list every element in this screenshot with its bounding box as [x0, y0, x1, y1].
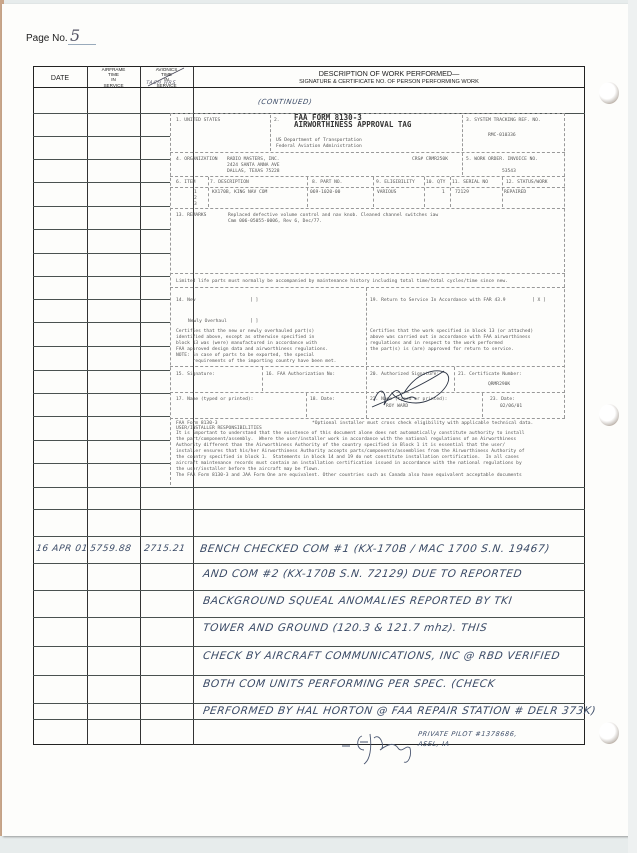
- row-line: [33, 159, 170, 160]
- form-subtitle: AIRWORTHINESS APPROVAL TAG: [294, 121, 411, 129]
- block16-label: 16. FAA Authorization No:: [266, 372, 335, 378]
- limited-life-note: Limited life parts must normally be acco…: [176, 279, 508, 285]
- block3-label: 3. SYSTEM TRACKING REF. NO.: [466, 118, 541, 124]
- col-divider-airframe: [140, 66, 141, 745]
- form-divider: [462, 153, 463, 175]
- row-line: [33, 136, 170, 137]
- form-divider: [307, 177, 308, 207]
- footer-optional-note: *Optional installer must cross check eli…: [312, 421, 533, 427]
- block17-label: 17. Name (typed or printed):: [176, 397, 253, 403]
- form-border-right: [564, 113, 565, 418]
- entry-line-6: BOTH COM UNITS PERFORMING PER SPEC. (CHE…: [202, 678, 496, 690]
- crs-number: CRS# CRMR250K: [412, 157, 448, 163]
- entry-avionics-time: 2715.21: [143, 544, 186, 554]
- block23-label: 23. Date:: [490, 397, 515, 403]
- block19-label: 19. Return to Service In Accordance with…: [370, 298, 506, 304]
- row-line: [33, 416, 170, 417]
- entry-line-7: PERFORMED BY HAL HORTON @ FAA REPAIR STA…: [202, 705, 597, 717]
- entry-date: 16 APR 01: [35, 544, 88, 554]
- col-divider-date: [87, 66, 88, 745]
- row-line: [33, 322, 170, 323]
- item-part-no: 069-1020-00: [310, 190, 340, 196]
- col-part-no: 8. PART NO.: [312, 180, 342, 186]
- row-line: [33, 346, 170, 347]
- header-date: DATE: [33, 70, 87, 87]
- col-item: 6. ITEM: [176, 180, 195, 186]
- row-line: [33, 253, 170, 254]
- page-number-label: Page No.: [26, 33, 68, 44]
- form-divider: [270, 115, 271, 151]
- form-divider: [170, 187, 565, 188]
- row-line: [33, 182, 170, 183]
- page-number-value: 5: [70, 26, 80, 45]
- row-line: [33, 276, 170, 277]
- form-divider: [208, 177, 209, 207]
- entry-line-5: CHECK BY AIRCRAFT COMMUNICATIONS, INC @ …: [202, 650, 561, 662]
- page-number-underline: [68, 44, 96, 45]
- form-divider: [502, 177, 503, 207]
- block14-cert-text: Certifies that the new or newly overhaul…: [176, 329, 336, 365]
- form-divider: [170, 273, 565, 274]
- col-status: 12. STATUS/WORK: [506, 180, 548, 186]
- item-eligibility: VARIOUS: [377, 190, 396, 196]
- new-checkbox: [ ]: [250, 298, 258, 304]
- row-line: [33, 563, 585, 564]
- remarks-line2: Cmm 006-05055-0006, Rev 6, Dec/77.: [228, 219, 322, 225]
- binder-hole-top: [599, 82, 619, 104]
- pilot-certificate-line1: PRIVATE PILOT #1378686,: [417, 730, 517, 738]
- footer-responsibilities: It is important to understand that the e…: [176, 431, 524, 479]
- entry-line-3: BACKGROUND SQUEAL ANOMALIES REPORTED BY …: [202, 595, 513, 607]
- row-line: [33, 487, 585, 488]
- entry-line-2: AND COM #2 (KX-170B S.N. 72129) DUE TO R…: [202, 568, 523, 580]
- form-divider: [424, 177, 425, 207]
- checkbox-mark: X: [538, 298, 541, 303]
- row-line: [33, 393, 170, 394]
- entry-line-1: BENCH CHECKED COM #1 (KX-170B / MAC 1700…: [199, 543, 551, 555]
- item-status: REPAIRED: [504, 190, 526, 196]
- block1-country: 1. UNITED STATES: [176, 118, 220, 124]
- block5-label: 5. WORK ORDER. INVOICE NO.: [466, 157, 538, 163]
- form-divider: [306, 393, 307, 417]
- return-to-service-checkbox: [ X ]: [532, 298, 546, 304]
- org-address2: DALLAS, TEXAS 75228: [227, 169, 280, 175]
- form-divider: [170, 418, 565, 419]
- row-line: [33, 206, 170, 207]
- row-line: [33, 617, 585, 618]
- row-line: [33, 463, 170, 464]
- header-description-title: DESCRIPTION OF WORK PERFORMED—: [193, 69, 585, 78]
- dept-line2: Federal Aviation Administration: [276, 144, 362, 150]
- form-divider: [170, 287, 565, 288]
- form-divider: [462, 115, 463, 151]
- row-line: [33, 229, 170, 230]
- block13-label: 13. REMARKS: [176, 213, 206, 219]
- row-line: [33, 536, 585, 537]
- cert-line: requirements of the importing country ha…: [176, 359, 336, 365]
- pilot-certificate-line2: ASEL, IA: [417, 740, 450, 748]
- form-divider: [262, 367, 263, 391]
- form-divider: [170, 208, 565, 209]
- form-divider: [170, 152, 565, 153]
- avionics-tach-note: TACH HRS: [146, 80, 177, 86]
- item-serial: 72129: [455, 190, 469, 196]
- row-line: [33, 646, 585, 647]
- col-qty: 10. QTY: [426, 180, 445, 186]
- header-airframe-time: AIRFRAME TIME IN SERVICE: [87, 67, 140, 88]
- binder-hole-middle: [599, 404, 619, 426]
- cert-line: the part(s) is (are) approved for return…: [370, 347, 533, 353]
- continued-note: (CONTINUED): [257, 98, 312, 106]
- row-line: [33, 719, 585, 720]
- row-line: [33, 299, 170, 300]
- scanner-margin: [628, 0, 637, 853]
- form-divider: [170, 176, 565, 177]
- form-divider: [373, 177, 374, 207]
- item-description: KX170B, KING NAV COM: [212, 190, 267, 196]
- form-border-left: [170, 113, 171, 485]
- block14-label: 14. New: [176, 298, 195, 304]
- row-line: [33, 675, 585, 676]
- item-qty: 1: [442, 190, 445, 196]
- row-line: [33, 509, 585, 510]
- row-line: [33, 440, 170, 441]
- block3-value: RMC-010336: [488, 133, 516, 139]
- binder-hole-bottom: [599, 722, 619, 744]
- header-description-subtitle: SIGNATURE & CERTIFICATE NO. OF PERSON PE…: [193, 78, 585, 87]
- row-line: [33, 590, 585, 591]
- faa-form-8130-3: 1. UNITED STATES 2. FAA FORM 8130-3 AIRW…: [170, 113, 565, 485]
- authorized-signature-scribble: [366, 363, 456, 413]
- entry-line-4: TOWER AND GROUND (120.3 & 121.7 mhz). TH…: [202, 622, 488, 634]
- block2-number: 2.: [274, 118, 280, 124]
- block5-value: 53543: [502, 169, 516, 175]
- col-eligibility: 9. ELIGIBILITY: [376, 180, 415, 186]
- block21-label: 21. Certificate Number:: [458, 372, 522, 378]
- header-bottom-line: [33, 87, 585, 88]
- overhaul-checkbox: [ ]: [250, 319, 258, 325]
- block15-label: 15. Signature:: [176, 372, 215, 378]
- form-divider: [366, 288, 367, 365]
- col-serial: 11. SERIAL NO: [452, 180, 488, 186]
- block18-label: 18. Date:: [310, 397, 335, 403]
- block23-value: 02/06/01: [500, 404, 522, 410]
- form-divider: [450, 177, 451, 207]
- newly-overhaul-label: Newly Overhaul: [188, 319, 227, 325]
- block21-value: QRMR290K: [488, 382, 510, 388]
- block4-label: 4. ORGANIZATION: [176, 157, 218, 163]
- block19-cert-text: Certifies that the work specified in blo…: [370, 329, 533, 353]
- header-description: DESCRIPTION OF WORK PERFORMED— SIGNATURE…: [193, 69, 585, 87]
- row-line: [33, 370, 170, 371]
- row-line: [33, 703, 585, 704]
- entry-airframe-time: 5759.88: [89, 544, 132, 554]
- col-description: 7. DESCRIPTION: [210, 180, 249, 186]
- form-divider: [482, 393, 483, 417]
- footer-line: The FAA Form 8130-3 and JAA Form One are…: [176, 473, 524, 479]
- form-border-top: [170, 113, 565, 114]
